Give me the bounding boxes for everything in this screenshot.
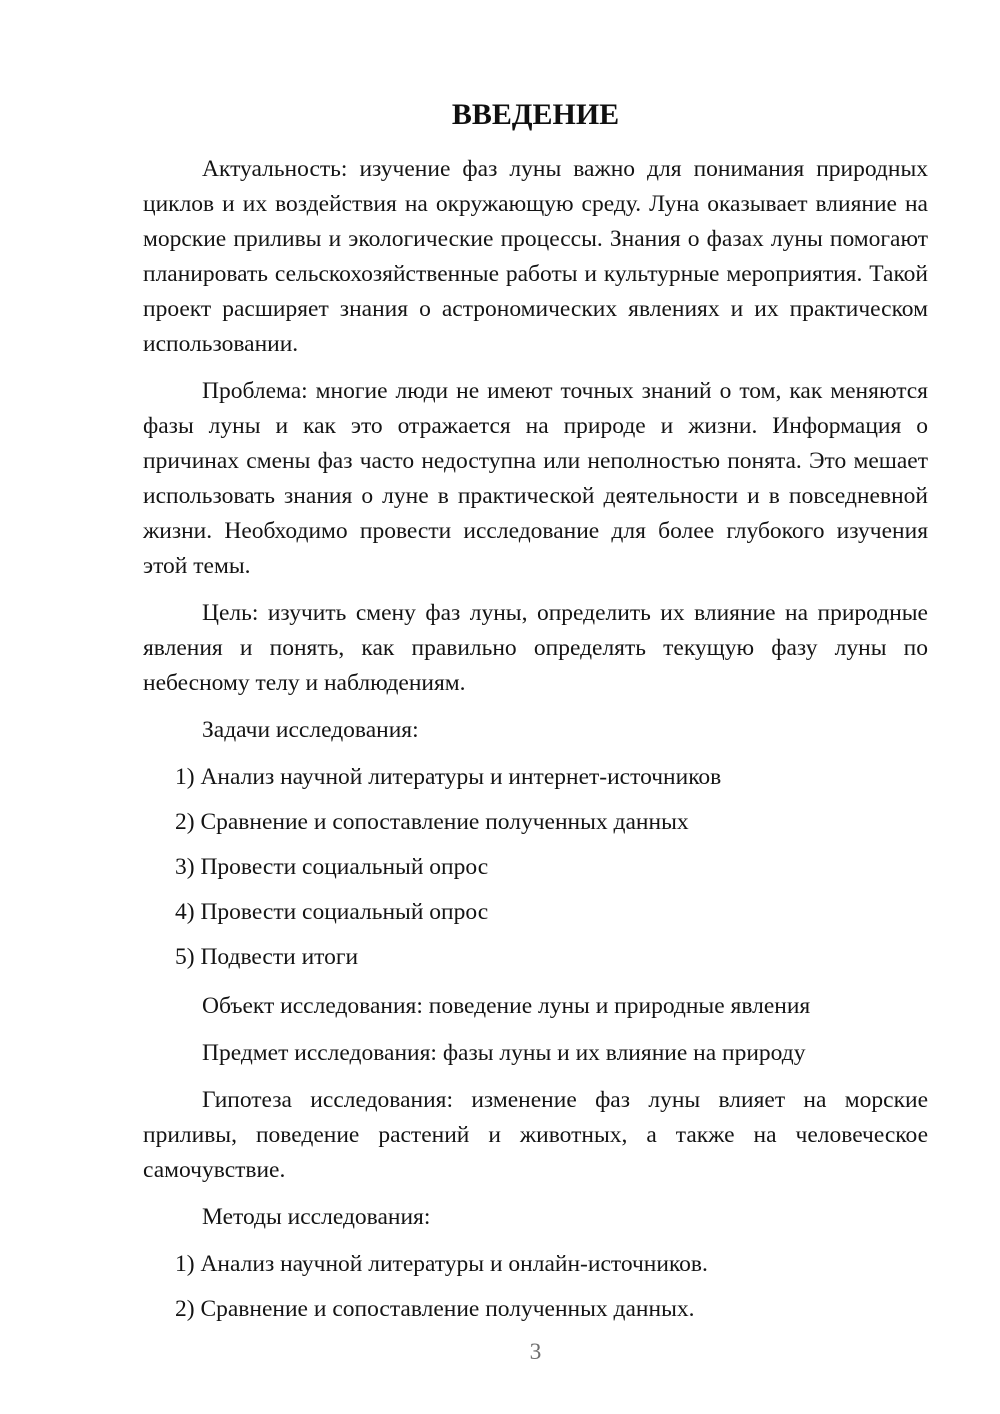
task-item-2: 2) Сравнение и сопоставление полученных … (175, 805, 928, 840)
task-item-5: 5) Подвести итоги (175, 940, 928, 975)
task-item-3: 3) Провести социальный опрос (175, 850, 928, 885)
page-number: 3 (143, 1335, 928, 1370)
paragraph-subject: Предмет исследования: фазы луны и их вли… (143, 1036, 928, 1071)
paragraph-relevance: Актуальность: изучение фаз луны важно дл… (143, 152, 928, 362)
method-item-1: 1) Анализ научной литературы и онлайн-ис… (175, 1247, 928, 1282)
paragraph-problem: Проблема: многие люди не имеют точных зн… (143, 374, 928, 584)
methods-heading: Методы исследования: (143, 1200, 928, 1235)
paragraph-hypothesis: Гипотеза исследования: изменение фаз лун… (143, 1083, 928, 1188)
tasks-heading: Задачи исследования: (143, 713, 928, 748)
page-title: ВВЕДЕНИЕ (143, 95, 928, 135)
paragraph-goal: Цель: изучить смену фаз луны, определить… (143, 596, 928, 701)
task-item-4: 4) Провести социальный опрос (175, 895, 928, 930)
methods-list: 1) Анализ научной литературы и онлайн-ис… (143, 1247, 928, 1327)
document-page: ВВЕДЕНИЕ Актуальность: изучение фаз луны… (0, 0, 1000, 1414)
task-item-1: 1) Анализ научной литературы и интернет-… (175, 760, 928, 795)
method-item-2: 2) Сравнение и сопоставление полученных … (175, 1292, 928, 1327)
paragraph-object: Объект исследования: поведение луны и пр… (143, 989, 928, 1024)
tasks-list: 1) Анализ научной литературы и интернет-… (143, 760, 928, 975)
